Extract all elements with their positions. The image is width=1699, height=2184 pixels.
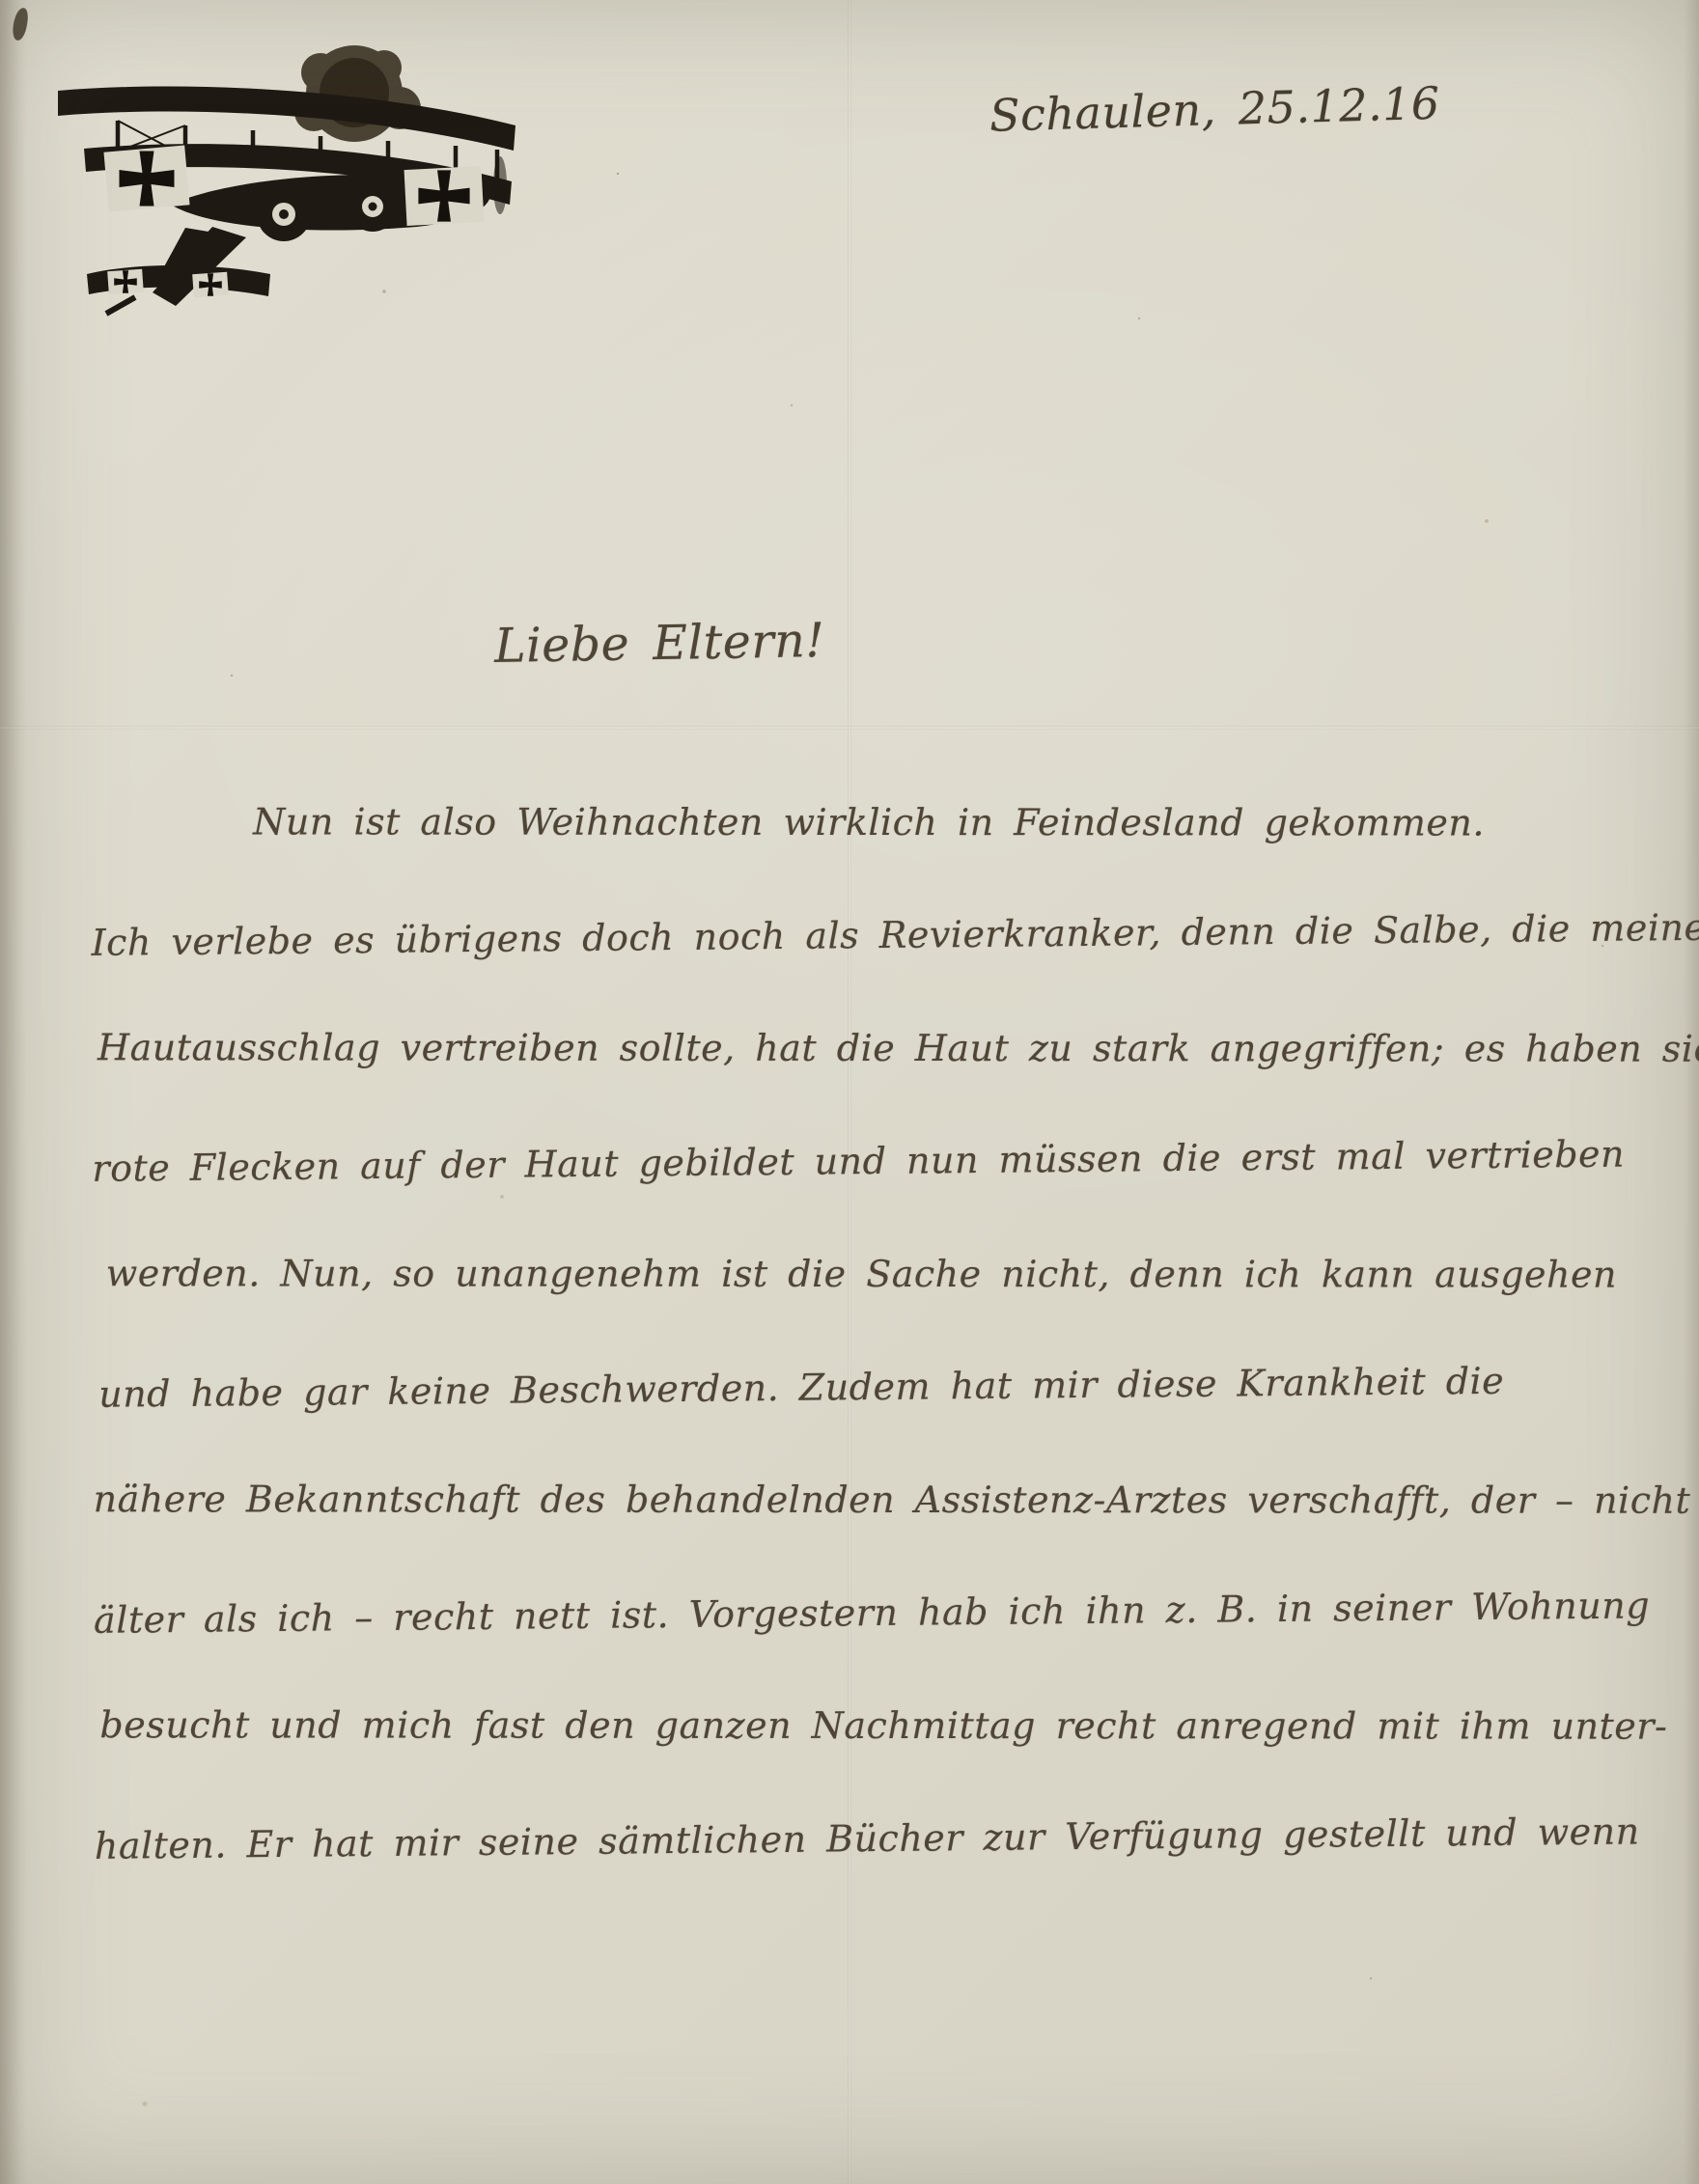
- horizontal-fold-line: [0, 726, 1699, 730]
- letter-body: Nun ist also Weihnachten wirklich in Fei…: [91, 763, 1668, 1898]
- iron-cross-icon: [103, 145, 189, 211]
- handwritten-line: und habe gar keine Beschwerden. Zudem ha…: [93, 1323, 1667, 1451]
- handwritten-line: nähere Bekanntschaft des behandelnden As…: [94, 1443, 1667, 1557]
- handwritten-line: rote Flecken auf der Haut gebildet und n…: [92, 1097, 1666, 1226]
- handwritten-line: halten. Er hat mir seine sämtlichen Büch…: [94, 1775, 1668, 1903]
- handwritten-line: Hautausschlag vertreiben sollte, hat die…: [92, 991, 1665, 1105]
- handwritten-line: Nun ist also Weihnachten wirklich in Fei…: [91, 765, 1664, 879]
- biplane-top-wing: [58, 87, 515, 152]
- handwritten-line: besucht und mich fast den ganzen Nachmit…: [94, 1669, 1667, 1783]
- biplane-icon: [50, 41, 525, 318]
- propeller-icon: [493, 156, 507, 214]
- iron-cross-icon: [107, 269, 144, 294]
- handwritten-line: werden. Nun, so unangenehm ist die Sache…: [93, 1217, 1666, 1331]
- iron-cross-icon: [404, 166, 485, 226]
- dateline: Schaulen, 25.12.16: [989, 76, 1453, 141]
- biplane-tail: [87, 227, 270, 314]
- scan-edge-shadow-right: [1684, 0, 1699, 2184]
- salutation: Liebe Eltern!: [494, 613, 825, 674]
- iron-cross-icon: [192, 272, 229, 297]
- biplane-letterhead-illustration: [50, 41, 525, 318]
- scan-edge-shadow-left: [0, 0, 27, 2184]
- handwritten-line: Ich verlebe es übrigens doch noch als Re…: [91, 871, 1665, 1000]
- handwritten-line: älter als ich – recht nett ist. Vorgeste…: [93, 1549, 1667, 1677]
- letter-page: Schaulen, 25.12.16 Liebe Eltern! Nun ist…: [0, 0, 1699, 2184]
